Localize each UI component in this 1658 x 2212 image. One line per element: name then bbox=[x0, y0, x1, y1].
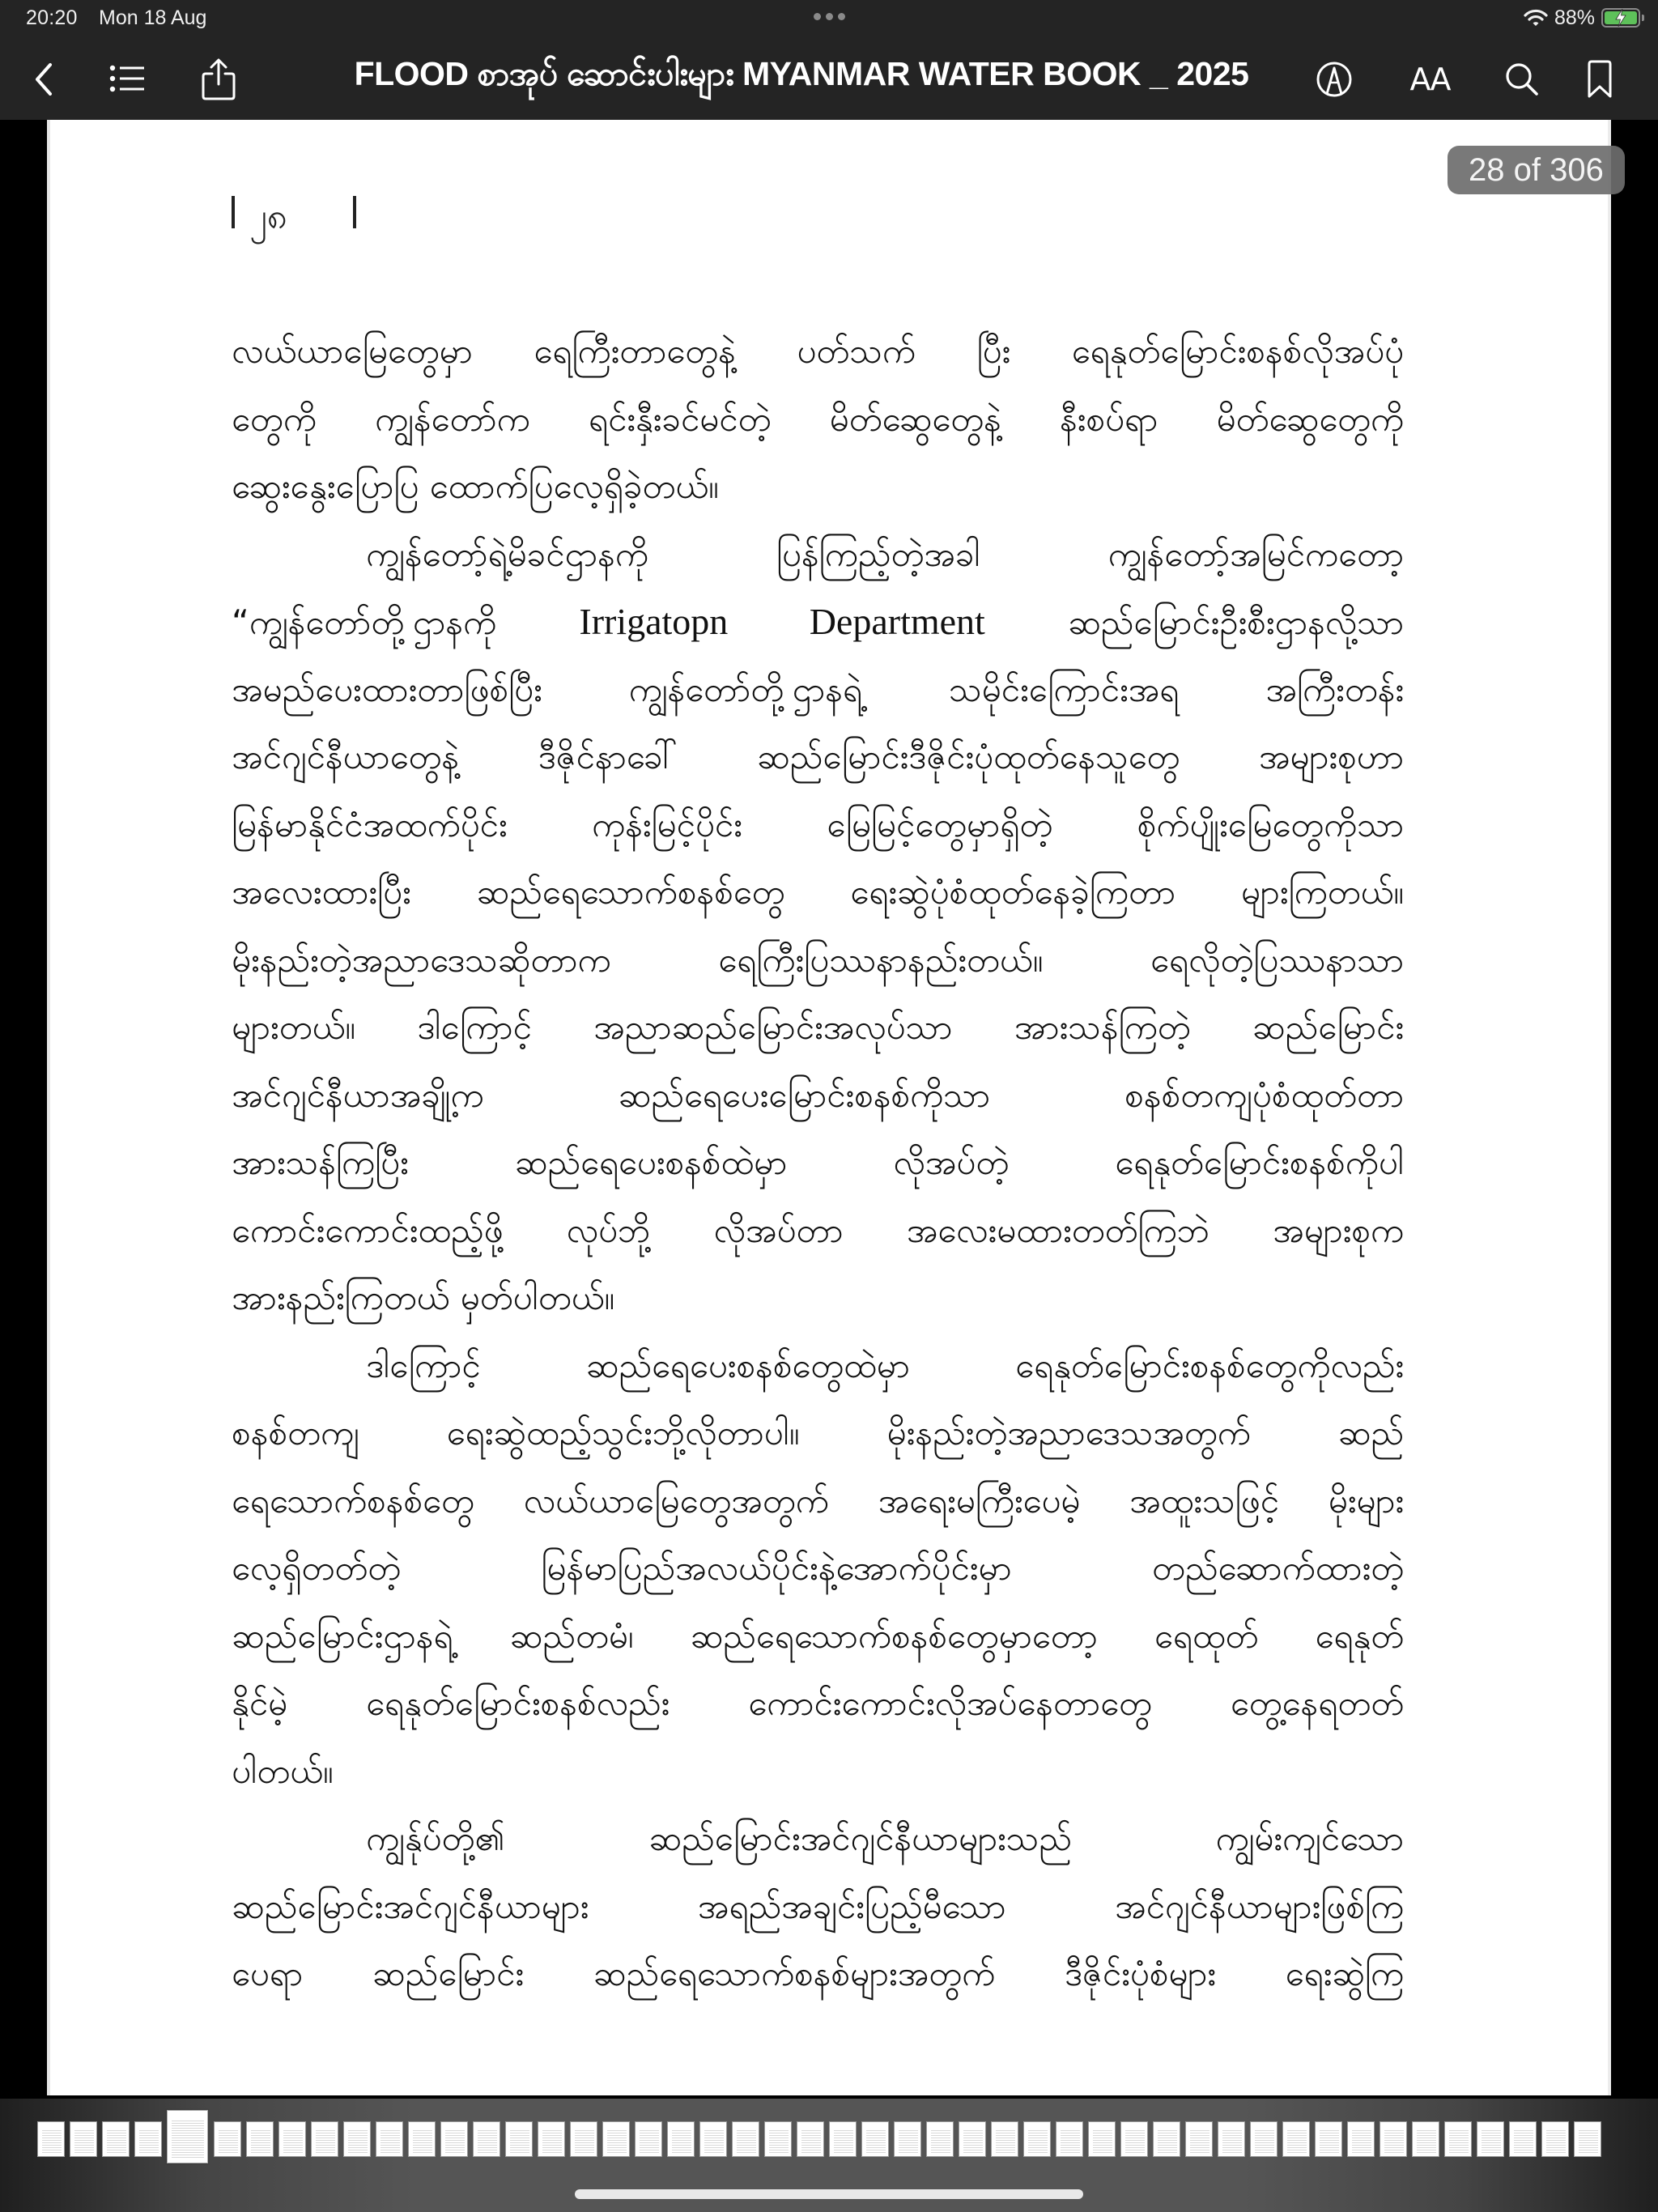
back-button[interactable] bbox=[21, 57, 66, 102]
thumbnail[interactable] bbox=[408, 2121, 436, 2157]
running-head-rule-left bbox=[232, 196, 235, 228]
thumbnail[interactable] bbox=[246, 2121, 274, 2157]
search-icon bbox=[1503, 60, 1541, 99]
thumbnail[interactable] bbox=[1185, 2121, 1213, 2157]
document-title: FLOOD စာအုပ် ဆောင်းပါးများ MYANMAR WATER… bbox=[308, 53, 1295, 102]
markup-pencil-icon bbox=[1315, 60, 1354, 99]
text-size-button[interactable]: AA bbox=[1405, 57, 1454, 102]
multitasking-dots-icon[interactable] bbox=[813, 8, 845, 24]
thumbnail[interactable] bbox=[991, 2121, 1018, 2157]
text-line: အင်ဂျင်နီယာအချို့က ဆည်ရေပေးမြောင်းစနစ်ကိ… bbox=[232, 1061, 1404, 1129]
thumbnail[interactable] bbox=[440, 2121, 468, 2157]
running-head-page-number: ၂၈ bbox=[249, 194, 338, 246]
thumbnail[interactable] bbox=[1153, 2121, 1180, 2157]
thumbnail[interactable] bbox=[1088, 2121, 1116, 2157]
thumbnail[interactable] bbox=[959, 2121, 986, 2157]
thumbnail[interactable] bbox=[732, 2121, 759, 2157]
list-icon bbox=[108, 63, 147, 96]
text-line: မိုးနည်းတဲ့အညာဒေသဆိုတာက ရေကြီးပြဿနာနည်းတ… bbox=[232, 926, 1404, 994]
markup-button[interactable] bbox=[1312, 57, 1357, 102]
thumbnail[interactable] bbox=[1477, 2121, 1504, 2157]
text-line: ဆွေးနွေးပြောပြ ထောက်ပြလေ့ရှိခဲ့တယ်။ bbox=[232, 453, 1404, 521]
thumbnail[interactable] bbox=[343, 2121, 371, 2157]
text-line: အမည်ပေးထားတာဖြစ်ပြီး ကျွန်တော်တို့ဌာနရဲ့… bbox=[232, 656, 1404, 724]
text-line: ကောင်းကောင်းထည့်ဖို့ လုပ်ဘို့ လိုအပ်တာ အ… bbox=[232, 1197, 1404, 1265]
running-head-rule-right bbox=[353, 196, 356, 228]
thumbnail[interactable] bbox=[1347, 2121, 1375, 2157]
thumbnail[interactable] bbox=[861, 2121, 889, 2157]
page-edge-right bbox=[1608, 120, 1611, 2095]
search-button[interactable] bbox=[1499, 57, 1545, 102]
text-line: လယ်ယာမြေတွေမှာ ရေကြီးတာတွေနဲ့ ပတ်သက် ပြီ… bbox=[232, 317, 1404, 385]
thumbnail[interactable] bbox=[764, 2121, 792, 2157]
status-date: Mon 18 Aug bbox=[99, 6, 206, 30]
text-line: ဒါကြောင့် ဆည်ရေပေးစနစ်တွေထဲမှာ ရေနုတ်မြေ… bbox=[232, 1332, 1404, 1400]
thumbnail[interactable] bbox=[1541, 2121, 1569, 2157]
thumbnail[interactable] bbox=[134, 2121, 162, 2157]
share-icon bbox=[201, 57, 236, 101]
page-edge-left bbox=[47, 120, 50, 2095]
running-head: ၂၈ bbox=[232, 194, 356, 246]
thumbnail[interactable] bbox=[1412, 2121, 1439, 2157]
thumbnail[interactable] bbox=[214, 2121, 241, 2157]
thumbnail[interactable] bbox=[829, 2121, 857, 2157]
text-line: ကျွန်တော့်ရဲ့မိခင်ဌာနကို ပြန်ကြည့်တဲ့အခါ… bbox=[232, 521, 1404, 589]
text-line: ပေရာ ဆည်မြောင်း ဆည်ရေသောက်စနစ်များအတွက် … bbox=[232, 1940, 1404, 2008]
thumbnail[interactable] bbox=[1250, 2121, 1278, 2157]
battery-percent: 88% bbox=[1554, 6, 1595, 30]
thumbnail[interactable] bbox=[70, 2121, 97, 2157]
text-line: အားသန်ကြပြီး ဆည်ရေပေးစနစ်ထဲမှာ လိုအပ်တဲ့… bbox=[232, 1129, 1404, 1197]
thumbnail[interactable] bbox=[102, 2121, 130, 2157]
charging-bolt-icon bbox=[1614, 9, 1627, 27]
thumbnail[interactable] bbox=[1056, 2121, 1083, 2157]
thumbnail[interactable] bbox=[1509, 2121, 1537, 2157]
thumbnail[interactable] bbox=[894, 2121, 921, 2157]
thumbnail[interactable] bbox=[505, 2121, 533, 2157]
text-line: အားနည်းကြတယ် မှတ်ပါတယ်။ bbox=[232, 1264, 1404, 1332]
thumbnail[interactable] bbox=[635, 2121, 662, 2157]
thumbnail[interactable] bbox=[311, 2121, 338, 2157]
thumbnail[interactable] bbox=[602, 2121, 630, 2157]
text-line: လေ့ရှိတတ်တဲ့ မြန်မာပြည်အလယ်ပိုင်းနဲ့အောက… bbox=[232, 1534, 1404, 1602]
text-line: စနစ်တကျ ရေးဆွဲထည့်သွင်းဘို့လိုတာပါ။ မိုး… bbox=[232, 1399, 1404, 1467]
text-line: ဆည်မြောင်းအင်ဂျင်နီယာများ အရည်အချင်းပြည့… bbox=[232, 1873, 1404, 1941]
thumbnail[interactable] bbox=[667, 2121, 695, 2157]
text-line: ကျွန်ုပ်တို့၏ ဆည်မြောင်းအင်ဂျင်နီယာများသ… bbox=[232, 1805, 1404, 1873]
text-line: ဆည်မြောင်းဌာနရဲ့ ဆည်တမံ၊ ဆည်ရေသောက်စနစ်တ… bbox=[232, 1602, 1404, 1670]
share-button[interactable] bbox=[196, 57, 241, 102]
thumbnail[interactable] bbox=[376, 2121, 403, 2157]
thumbnail[interactable] bbox=[1120, 2121, 1148, 2157]
bookmark-icon bbox=[1585, 59, 1614, 100]
thumbnail[interactable] bbox=[797, 2121, 824, 2157]
text-line: မြန်မာနိုင်ငံအထက်ပိုင်း ကုန်းမြင့်ပိုင်း… bbox=[232, 791, 1404, 859]
text-segment: ဆည်မြောင်းဦးစီးဌာနလို့သာ bbox=[1068, 602, 1404, 642]
text-segment: “ကျွန်တော်တို့ဌာနကို bbox=[232, 602, 496, 642]
bookmark-button[interactable] bbox=[1577, 57, 1622, 102]
thumbnail[interactable] bbox=[1574, 2121, 1601, 2157]
thumbnail[interactable] bbox=[699, 2121, 727, 2157]
thumbnail-selected[interactable] bbox=[167, 2110, 208, 2163]
text-size-icon: AA bbox=[1409, 62, 1449, 97]
battery-icon bbox=[1601, 8, 1640, 28]
thumbnail[interactable] bbox=[1218, 2121, 1245, 2157]
thumbnail[interactable] bbox=[1444, 2121, 1472, 2157]
status-indicators: 88% bbox=[1524, 5, 1640, 31]
thumbnail[interactable] bbox=[538, 2121, 565, 2157]
thumbnail[interactable] bbox=[278, 2121, 306, 2157]
status-time: 20:20 bbox=[26, 6, 78, 30]
chevron-left-icon bbox=[32, 62, 56, 97]
wifi-icon bbox=[1524, 8, 1548, 28]
thumbnail[interactable] bbox=[1315, 2121, 1342, 2157]
thumbnail[interactable] bbox=[1282, 2121, 1310, 2157]
text-line: ပါတယ်။ bbox=[232, 1738, 1404, 1806]
contents-button[interactable] bbox=[105, 57, 151, 102]
thumbnail[interactable] bbox=[570, 2121, 597, 2157]
text-line: “ကျွန်တော်တို့ဌာနကို Irrigatopn Departme… bbox=[232, 588, 1404, 656]
text-line: များတယ်။ ဒါကြောင့် အညာဆည်မြောင်းအလုပ်သာ … bbox=[232, 993, 1404, 1061]
top-bar: 20:20 Mon 18 Aug 88% FLOOD စာအုပ် ဆောင်း… bbox=[0, 0, 1658, 120]
thumbnail[interactable] bbox=[1380, 2121, 1407, 2157]
text-line: တွေကို ကျွန်တော်က ရင်းနှီးခင်မင်တဲ့ မိတ်… bbox=[232, 385, 1404, 453]
text-line: နိုင်မဲ့ ရေနုတ်မြောင်းစနစ်လည်း ကောင်းကော… bbox=[232, 1670, 1404, 1738]
thumbnail[interactable] bbox=[926, 2121, 954, 2157]
thumbnail[interactable] bbox=[473, 2121, 500, 2157]
latin-text-segment: Irrigatopn Department bbox=[579, 601, 984, 642]
thumbnail[interactable] bbox=[37, 2121, 65, 2157]
text-line: အင်ဂျင်နီယာတွေနဲ့ ဒီဇိုင်နာခေါ် ဆည်မြောင… bbox=[232, 723, 1404, 791]
page-counter-badge: 28 of 306 bbox=[1448, 146, 1625, 194]
page-body-text: လယ်ယာမြေတွေမှာ ရေကြီးတာတွေနဲ့ ပတ်သက် ပြီ… bbox=[232, 317, 1404, 2008]
home-indicator[interactable] bbox=[575, 2189, 1083, 2199]
text-line: အလေးထားပြီး ဆည်ရေသောက်စနစ်တွေ ရေးဆွဲပုံစ… bbox=[232, 858, 1404, 926]
thumbnail[interactable] bbox=[1023, 2121, 1051, 2157]
text-line: ရေသောက်စနစ်တွေ လယ်ယာမြေတွေအတွက် အရေးမကြီ… bbox=[232, 1467, 1404, 1535]
